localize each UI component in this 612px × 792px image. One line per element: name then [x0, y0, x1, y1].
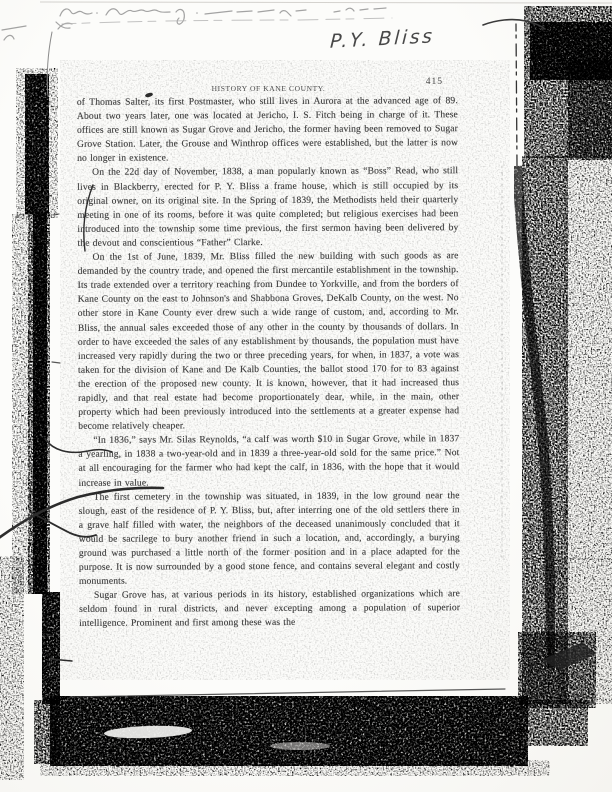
- page-body-text: of Thomas Salter, its first Postmaster, …: [77, 94, 460, 631]
- left-edge-noise: [0, 68, 60, 780]
- margin-tick: [50, 659, 72, 661]
- paragraph: The first cemetery in the township was s…: [79, 489, 460, 589]
- paragraph: On the 1st of June, 1839, Mr. Bliss fill…: [78, 249, 460, 434]
- paragraph: On the 22d day of November, 1838, a man …: [77, 165, 458, 251]
- top-edge-line: [40, 2, 612, 3]
- page-number: 415: [426, 77, 443, 87]
- paragraph: Sugar Grove has, at various periods in i…: [79, 587, 460, 631]
- page-header: HISTORY OF KANE COUNTY. 415: [78, 78, 459, 92]
- paragraph: of Thomas Salter, its first Postmaster, …: [77, 94, 458, 166]
- handwritten-annotation: P.Y. Bliss: [329, 25, 435, 53]
- scanned-book-page: HISTORY OF KANE COUNTY. 415 of Thomas Sa…: [0, 0, 612, 792]
- paragraph: “In 1836,” says Mr. Silas Reynolds, “a c…: [78, 432, 459, 490]
- bottom-edge-noise: [34, 632, 596, 776]
- right-edge-noise: [517, 6, 612, 704]
- running-head: HISTORY OF KANE COUNTY.: [212, 84, 326, 93]
